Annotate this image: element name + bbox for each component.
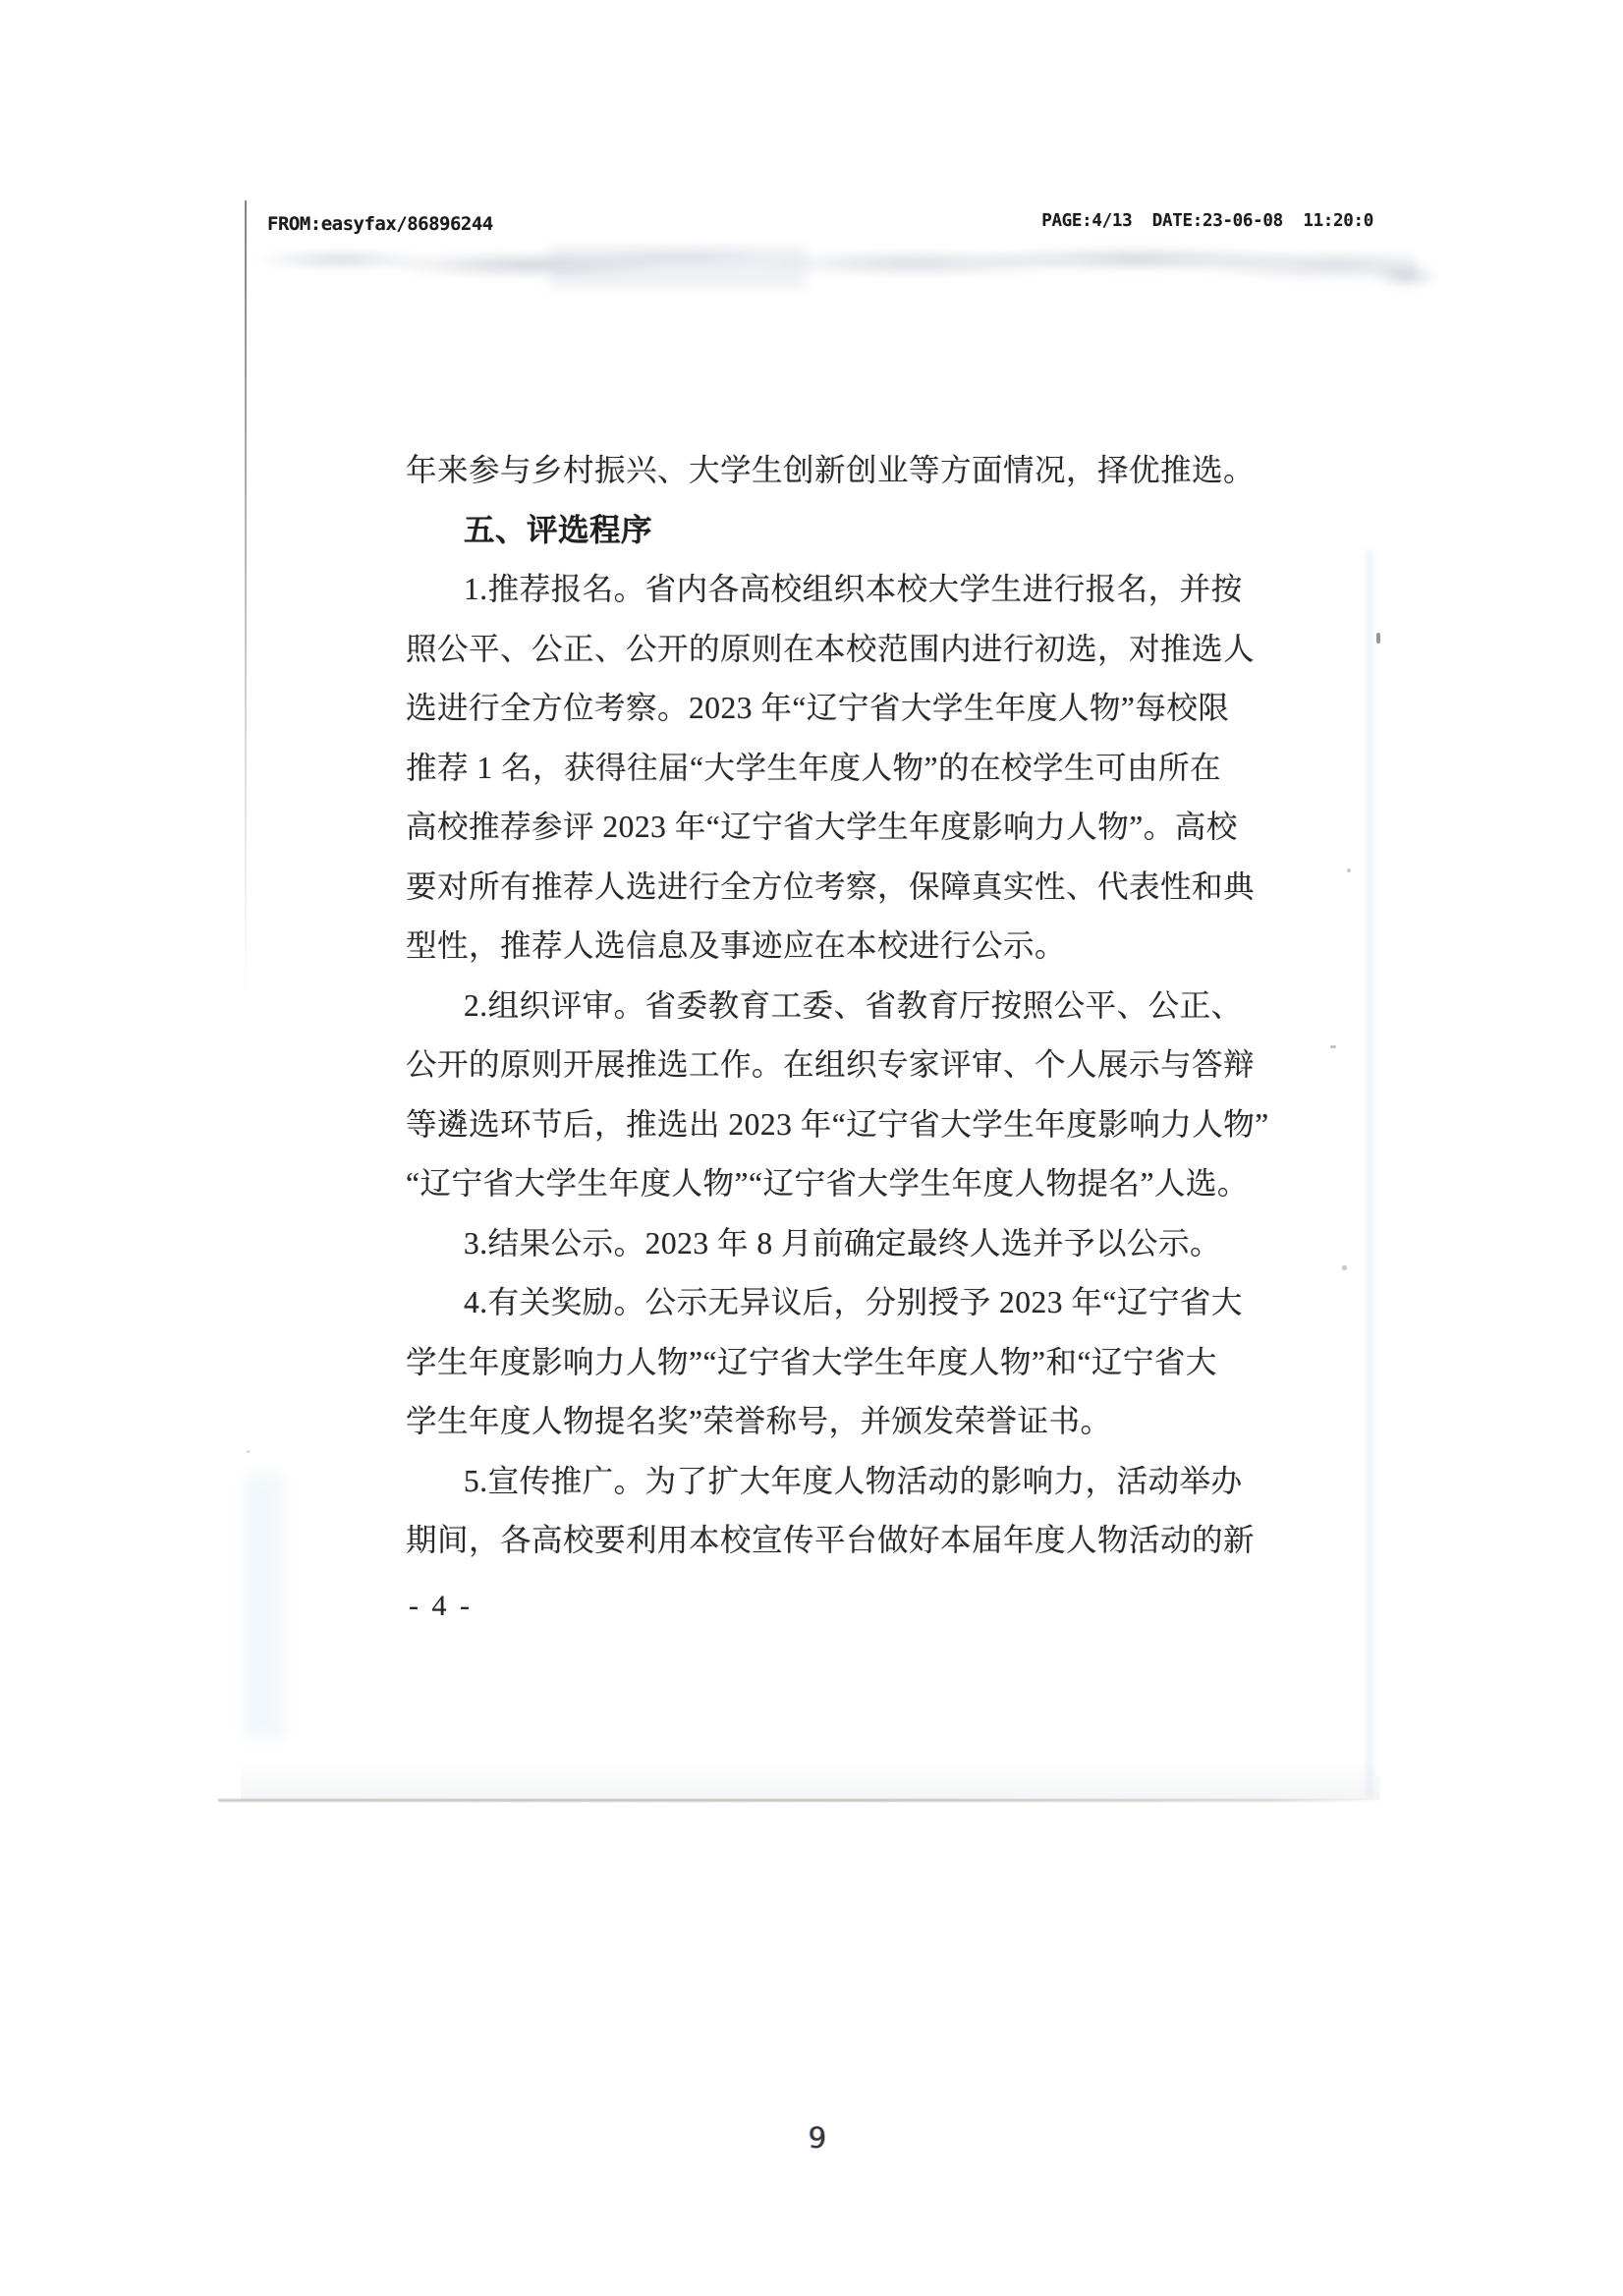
text-line: 学生年度影响力人物”“辽宁省大学生年度人物”和“辽宁省大 [406, 1333, 1290, 1393]
text-line: 年来参与乡村振兴、大学生创新创业等方面情况，择优推选。 [406, 441, 1290, 501]
scan-noise-speck [1330, 1045, 1336, 1048]
scan-noise-speck [1376, 633, 1380, 644]
scan-bottom-edge-line [218, 1799, 1383, 1802]
text-line: 等遴选环节后，推选出 2023 年“辽宁省大学生年度影响力人物” [406, 1095, 1290, 1155]
scan-right-streak [1366, 550, 1373, 1798]
text-line-item-3: 3.结果公示。2023 年 8 月前确定最终人选并予以公示。 [406, 1214, 1290, 1274]
scan-noise-speck [1347, 868, 1351, 872]
document-body: 年来参与乡村振兴、大学生创新创业等方面情况，择优推选。 五、评选程序 1.推荐报… [406, 441, 1290, 1571]
scan-noise-speck [1342, 1265, 1347, 1270]
text-line: 公开的原则开展推选工作。在组织专家评审、个人展示与答辩 [406, 1036, 1290, 1095]
section-heading: 五、评选程序 [406, 501, 1290, 561]
text-line: 型性，推荐人选信息及事迹应在本校进行公示。 [406, 917, 1290, 977]
scan-noise-speck [247, 1450, 250, 1453]
sheet-page-number: 9 [798, 2121, 837, 2155]
text-line-item-1: 1.推荐报名。省内各高校组织本校大学生进行报名，并按 [406, 560, 1290, 620]
text-line: 选进行全方位考察。2023 年“辽宁省大学生年度人物”每校限 [406, 679, 1290, 739]
scan-bottom-shade [241, 1761, 1380, 1800]
text-line-item-5: 5.宣传推广。为了扩大年度人物活动的影响力，活动举办 [406, 1452, 1290, 1512]
text-line: 高校推荐参评 2023 年“辽宁省大学生年度影响力人物”。高校 [406, 798, 1290, 858]
text-line: 学生年度人物提名奖”荣誉称号，并颁发荣誉证书。 [406, 1392, 1290, 1452]
scan-smudge-tail [1375, 253, 1444, 299]
text-line: “辽宁省大学生年度人物”“辽宁省大学生年度人物提名”人选。 [406, 1154, 1290, 1214]
text-line-item-2: 2.组织评审。省委教育工委、省教育厅按照公平、公正、 [406, 977, 1290, 1036]
text-line: 要对所有推荐人选进行全方位考察，保障真实性、代表性和典 [406, 858, 1290, 918]
text-line: 推荐 1 名，获得往届“大学生年度人物”的在校学生可由所在 [406, 739, 1290, 799]
scan-left-edge-line [245, 200, 247, 1006]
fax-sender-line: FROM:easyfax/86896244 [267, 213, 493, 235]
scan-faint-patch-top [550, 246, 806, 289]
fax-page-date-line: PAGE:4/13 DATE:23-06-08 11:20:0 [1020, 211, 1373, 231]
text-line: 照公平、公正、公开的原则在本校范围内进行初选，对推选人 [406, 620, 1290, 680]
scan-faint-patch-left [244, 1474, 285, 1739]
scanned-fax-page: FROM:easyfax/86896244 PAGE:4/13 DATE:23-… [0, 0, 1623, 2296]
document-page-footer: - 4 - [409, 1590, 473, 1623]
scan-smudge-band [248, 237, 1417, 288]
text-line: 期间，各高校要利用本校宣传平台做好本届年度人物活动的新 [406, 1511, 1290, 1571]
text-line-item-4: 4.有关奖励。公示无异议后，分别授予 2023 年“辽宁省大 [406, 1273, 1290, 1333]
